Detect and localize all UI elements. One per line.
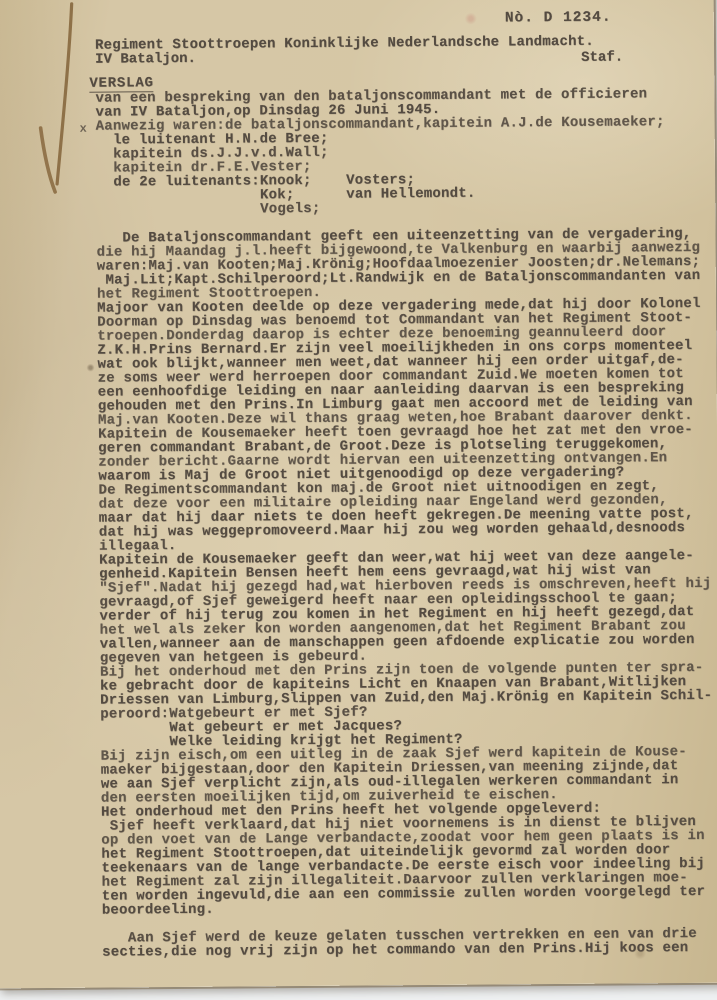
- margin-check-mark: x: [80, 122, 87, 136]
- scan-background: { "colors": { "paper": "#d6c7a5", "ink":…: [0, 0, 717, 1000]
- staf-label: Staf.: [581, 49, 623, 65]
- unit-line: IV Bataljon.: [95, 51, 196, 68]
- report-body: van een bespreking van den bataljonscomm…: [95, 87, 714, 960]
- doc-number: Nò. D 1234.: [505, 10, 612, 27]
- document-page: Nò. D 1234. Regiment Stoottroepen Konink…: [0, 0, 717, 988]
